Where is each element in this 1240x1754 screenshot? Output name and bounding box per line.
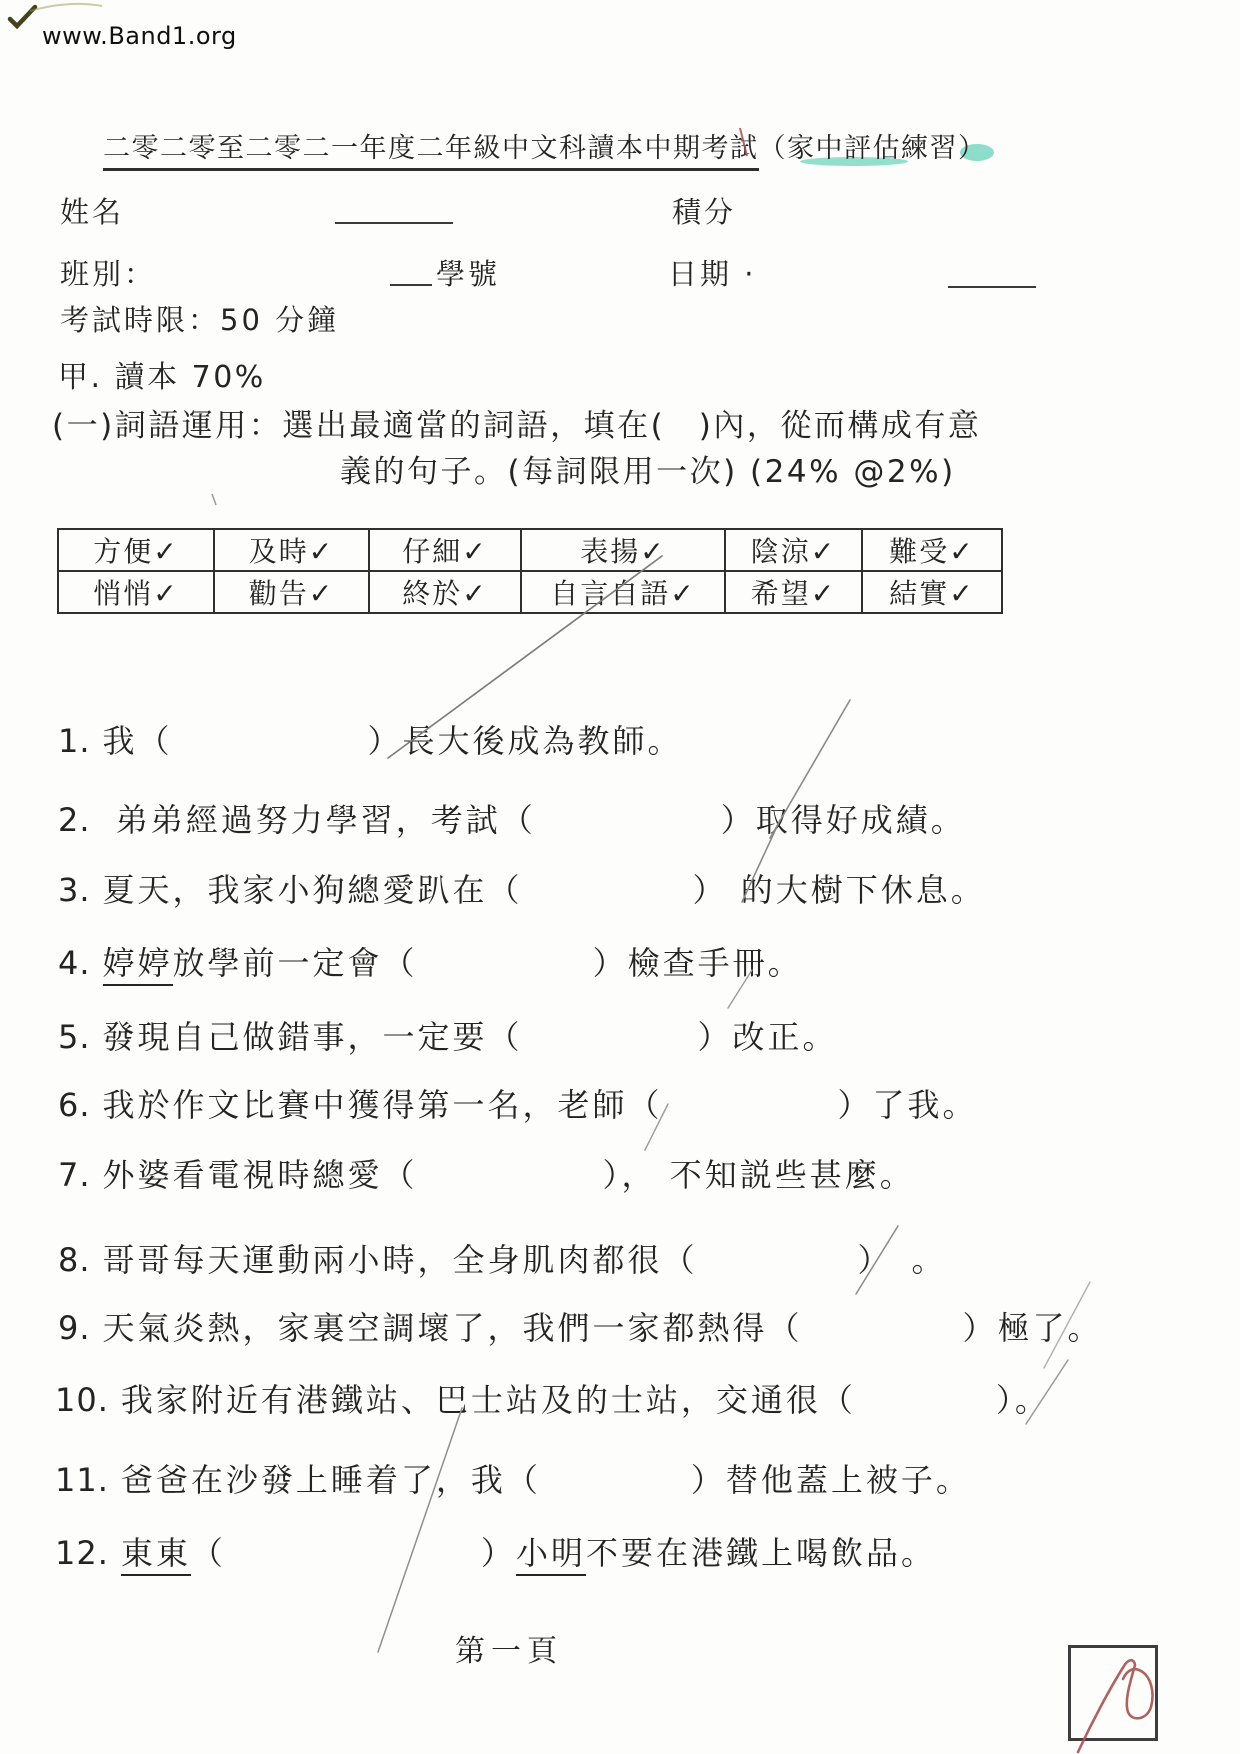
- question-text: 天氣炎熱，家裏空調壞了，我們一家都熱得（: [103, 1309, 803, 1347]
- question-text: 我（: [103, 722, 173, 760]
- question-text: 弟弟經過努力學習，考試（: [103, 801, 536, 839]
- score-box: [1068, 1645, 1158, 1741]
- question-text: ）極了。: [963, 1309, 1103, 1347]
- question-line-9: 9.天氣炎熱，家裏空調壞了，我們一家都熱得（）極了。: [58, 1303, 1103, 1349]
- question-number: 6.: [58, 1086, 91, 1124]
- question-text: ）: [481, 1534, 516, 1572]
- underlined-name: 東東: [121, 1534, 191, 1576]
- question-line-3: 3.夏天，我家小狗總愛趴在（） 的大樹下休息。: [58, 865, 986, 911]
- question-line-10: 10.我家附近有港鐵站、巴士站及的士站，交通很（）。: [55, 1375, 1050, 1421]
- question-number: 5.: [58, 1018, 91, 1056]
- question-number: 4.: [58, 944, 91, 982]
- question-text: ） 。: [858, 1241, 947, 1279]
- question-text: 夏天，我家小狗總愛趴在（: [103, 871, 523, 909]
- underlined-name: 婷婷: [103, 944, 173, 986]
- page-number-label: 第一頁: [455, 1626, 563, 1670]
- question-text: 發現自己做錯事，一定要（: [103, 1018, 523, 1056]
- question-line-2: 2. 弟弟經過努力學習，考試（）取得好成績。: [58, 795, 966, 841]
- question-line-12: 12.東東（）小明不要在港鐵上喝飲品。: [55, 1528, 936, 1574]
- question-line-8: 8.哥哥每天運動兩小時，全身肌肉都很（） 。: [58, 1235, 947, 1281]
- question-number: 3.: [58, 871, 91, 909]
- question-text: （: [191, 1534, 226, 1572]
- question-line-1: 1.我（）長大後成為教師。: [58, 716, 683, 762]
- question-text: 我於作文比賽中獲得第一名，老師（: [103, 1086, 663, 1124]
- question-text: 不要在港鐵上喝飲品。: [586, 1534, 936, 1572]
- question-text: ）改正。: [698, 1018, 838, 1056]
- question-text: ）取得好成績。: [721, 801, 966, 839]
- question-number: 12.: [55, 1534, 109, 1572]
- questions: 1.我（）長大後成為教師。2. 弟弟經過努力學習，考試（）取得好成績。3.夏天，…: [0, 0, 1240, 1754]
- scanned-exam-page: www.Band1.org 二零二零至二零二一年度二年級中文科讀本中期考試（家中…: [0, 0, 1240, 1754]
- question-text: ）。: [996, 1381, 1050, 1419]
- question-text: ）檢查手冊。: [593, 944, 803, 982]
- question-text: ）了我。: [838, 1086, 978, 1124]
- question-text: 放學前一定會（: [173, 944, 418, 982]
- question-text: ）替他蓋上被子。: [691, 1461, 971, 1499]
- question-text: ） 的大樹下休息。: [693, 871, 986, 909]
- question-number: 8.: [58, 1241, 91, 1279]
- question-number: 11.: [55, 1461, 109, 1499]
- question-text: 外婆看電視時總愛（: [103, 1156, 418, 1194]
- question-line-11: 11.爸爸在沙發上睡着了，我（）替他蓋上被子。: [55, 1455, 971, 1501]
- question-text: 爸爸在沙發上睡着了，我（: [121, 1461, 541, 1499]
- question-text: 哥哥每天運動兩小時，全身肌肉都很（: [103, 1241, 698, 1279]
- question-text: 我家附近有港鐵站、巴士站及的士站，交通很（: [121, 1381, 856, 1419]
- underlined-name: 小明: [516, 1534, 586, 1576]
- question-line-4: 4.婷婷放學前一定會（）檢查手冊。: [58, 938, 803, 984]
- question-line-7: 7.外婆看電視時總愛（）， 不知説些甚麼。: [58, 1150, 915, 1196]
- question-number: 9.: [58, 1309, 91, 1347]
- question-text: ）長大後成為教師。: [368, 722, 683, 760]
- question-number: 2.: [58, 801, 91, 839]
- question-number: 10.: [55, 1381, 109, 1419]
- question-number: 7.: [58, 1156, 91, 1194]
- question-line-6: 6.我於作文比賽中獲得第一名，老師（）了我。: [58, 1080, 978, 1126]
- question-line-5: 5.發現自己做錯事，一定要（）改正。: [58, 1012, 838, 1058]
- question-text: ）， 不知説些甚麼。: [603, 1156, 915, 1194]
- question-number: 1.: [58, 722, 91, 760]
